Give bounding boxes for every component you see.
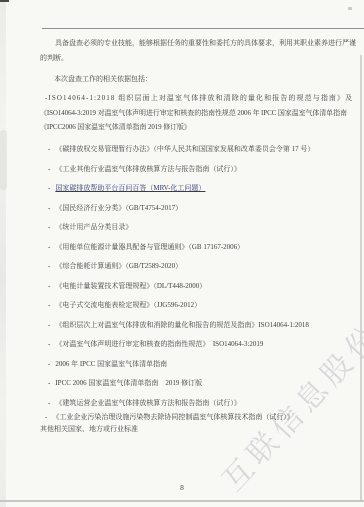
reference-text: 《统计用产品分类目录》 xyxy=(55,223,132,231)
scan-speck-top-right xyxy=(348,7,352,10)
bullet-dash: - xyxy=(48,145,50,153)
bullet-dash: - xyxy=(48,399,50,407)
reference-text: IPCC 2006 国家温室气体清单指南 2019 修订版 xyxy=(55,379,202,387)
document-page: 具备盘查必须的专业技能，能够根据任务的重要性和委托方的具体要求，利用其职业素养进… xyxy=(0,0,364,507)
bullet-dash: - xyxy=(48,379,50,387)
iso-reference-block: -ISO14064-1:2018 组织层面上对温室气体排放和清除的量化和报告的规… xyxy=(40,91,356,135)
list-item: -《碳排放权交易管理暂行办法》（中华人民共和国国家发展和改革委员会令第 17 号… xyxy=(40,144,356,154)
list-item: -《综合能耗计算通则》（GB/T2589-2020） xyxy=(40,261,356,271)
text-line: 《ISO14064-3:2019 对温室气体声明进行审定和核查的指南性规范 20… xyxy=(40,106,356,121)
intro-paragraph: 具备盘查必须的专业技能，能够根据任务的重要性和委托方的具体要求，利用其职业素养进… xyxy=(40,36,356,66)
list-item: -《电能计量装置技术管理规程》（DL/T448-2000） xyxy=(40,281,356,291)
bullet-dash: - xyxy=(48,321,50,329)
list-item: -《组织层次上对温室气体排放和消除的量化和报告的规范及指南》ISO14064-1… xyxy=(40,320,356,330)
bullet-dash: - xyxy=(48,184,50,192)
list-item: -《统计用产品分类目录》 xyxy=(40,222,356,232)
reference-text: 《碳排放权交易管理暂行办法》（中华人民共和国国家发展和改革委员会令第 17 号） xyxy=(55,145,314,153)
reference-link: 国家碳排放帮助平台百问百答（MRV-化工问题） xyxy=(55,184,205,192)
reference-text: 《工业其他行业温室气体排放核算方法与报告指南（试行）》 xyxy=(55,165,241,173)
bullet-dash: - xyxy=(48,340,50,348)
list-item: -《用能单位能源计量器具配备与管理通则》（GB 17167-2006） xyxy=(40,242,356,252)
text-line: -ISO14064-1:2018 组织层面上对温室气体排放和清除的量化和报告的规… xyxy=(45,91,356,106)
reference-text: 《用能单位能源计量器具配备与管理通则》（GB 17167-2006） xyxy=(55,243,244,251)
bullet-dash: - xyxy=(48,223,50,231)
list-item: -《国民经济行业分类》（GB/T4754-2017） xyxy=(40,203,356,213)
page-number: 8 xyxy=(0,483,364,492)
bullet-dash: - xyxy=(48,360,50,368)
bullet-dash: - xyxy=(45,413,47,421)
bullet-dash: - xyxy=(48,262,50,270)
text-line: 《IPCC2006 国家温室气体清单指南 2019 修订版》 xyxy=(40,120,356,135)
list-item: -《对温室气体声明进行审定和核查的指南性规范》 ISO14064-3:2019 xyxy=(40,339,356,349)
bullet-dash: - xyxy=(48,165,50,173)
reference-text: 《建筑运营企业温室气体排放核算方法和报告指南（试行）》 xyxy=(55,399,241,407)
scan-edge-right xyxy=(360,55,362,502)
reference-text: 2006 年 IPCC 国家温室气体清单指南 xyxy=(55,360,167,368)
list-item: -国家碳排放帮助平台百问百答（MRV-化工问题） xyxy=(40,183,356,193)
reference-text: 《组织层次上对温室气体排放和消除的量化和报告的规范及指南》ISO14064-1:… xyxy=(55,321,309,329)
reference-text: 《电子式交流电能表检定规程》（JJG596-2012） xyxy=(55,301,201,309)
scan-edge-bottom xyxy=(0,500,364,502)
reference-text: 《对温室气体声明进行审定和核查的指南性规范》 ISO14064-3:2019 xyxy=(55,340,263,348)
basis-heading: 本次盘查工作的相关依据包括： xyxy=(40,74,356,84)
list-item: -《工业其他行业温室气体排放核算方法与报告指南（试行）》 xyxy=(40,164,356,174)
scan-speck-top-left xyxy=(0,0,9,2)
bullet-dash: - xyxy=(48,204,50,212)
bullet-dash: - xyxy=(48,301,50,309)
reference-text: 《电能计量装置技术管理规程》（DL/T448-2000） xyxy=(55,282,206,290)
bullet-dash: - xyxy=(48,243,50,251)
top-rule xyxy=(42,28,364,29)
reference-text: 《综合能耗计算通则》（GB/T2589-2020） xyxy=(55,262,182,270)
text-line: 具备盘查必须的专业技能，能够根据任务的重要性和委托方的具体要求，利用其职业素养进… xyxy=(40,36,356,51)
text-line: 的判断。 xyxy=(40,51,356,66)
reference-text: 《国民经济行业分类》（GB/T4754-2017） xyxy=(55,204,182,212)
bullet-dash: - xyxy=(48,282,50,290)
list-item: -《电子式交流电能表检定规程》（JJG596-2012） xyxy=(40,300,356,310)
